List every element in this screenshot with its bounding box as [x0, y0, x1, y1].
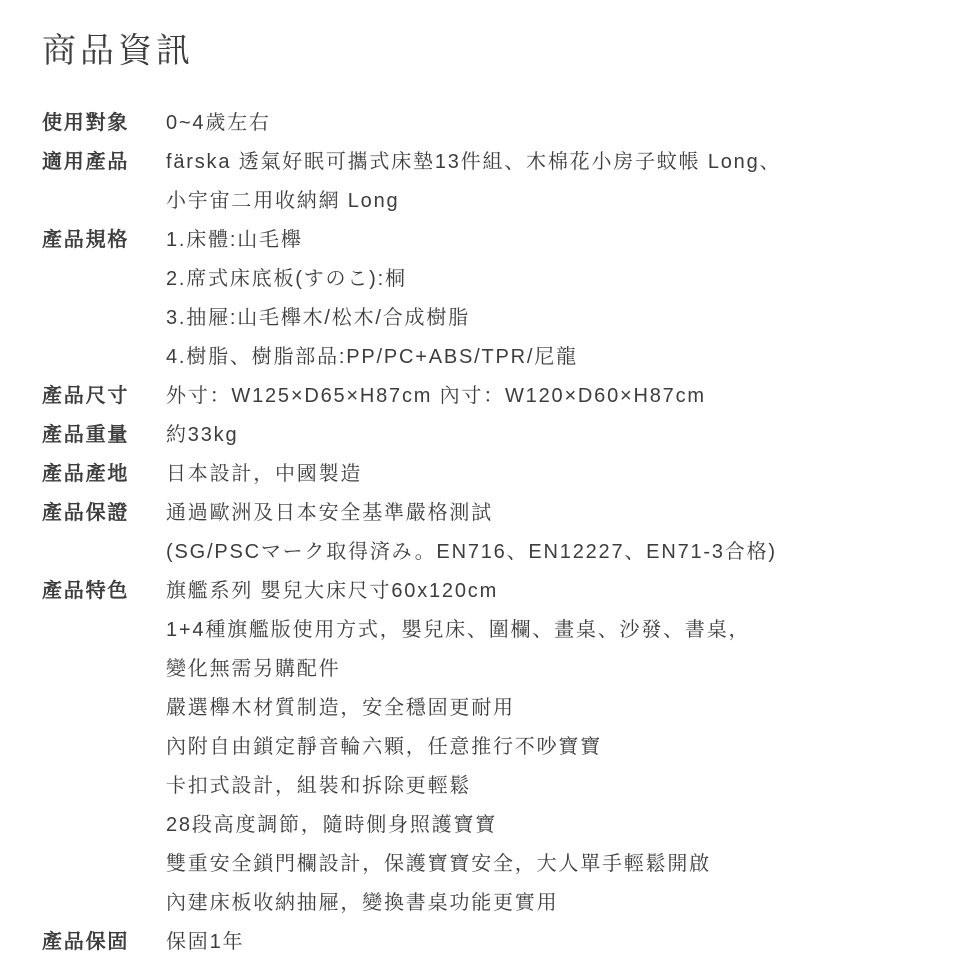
info-row-label: 產品保證 [42, 494, 166, 533]
info-value-line: 旗艦系列 嬰兒大床尺寸60x120cm [166, 572, 932, 611]
info-row-label: 產品規格 [42, 221, 166, 260]
info-row-values: 通過歐洲及日本安全基準嚴格測試(SG/PSCマーク取得済み。EN716、EN12… [166, 494, 932, 572]
info-value-line: 保固1年 [166, 923, 932, 960]
info-row-values: 約33kg [166, 416, 932, 455]
info-row-label: 產品保固 [42, 923, 166, 960]
info-value-line: 0~4歲左右 [166, 104, 932, 143]
info-row: 產品保證 通過歐洲及日本安全基準嚴格測試(SG/PSCマーク取得済み。EN716… [42, 494, 932, 572]
info-value-line: (SG/PSCマーク取得済み。EN716、EN12227、EN71-3合格) [166, 533, 932, 572]
info-row-values: 外寸：W125×D65×H87cm 內寸：W120×D60×H87cm [166, 377, 932, 416]
info-row: 產品保固 保固1年 [42, 923, 932, 960]
info-row-values: 0~4歲左右 [166, 104, 932, 143]
info-row-values: färska 透氣好眠可攜式床墊13件組、木棉花小房子蚊帳 Long、小宇宙二用… [166, 143, 932, 221]
info-value-line: 變化無需另購配件 [166, 650, 932, 689]
info-row-label: 產品特色 [42, 572, 166, 611]
info-value-line: 1.床體:山毛櫸 [166, 221, 932, 260]
info-value-line: 約33kg [166, 416, 932, 455]
info-value-line: 日本設計，中國製造 [166, 455, 932, 494]
info-row-label: 產品尺寸 [42, 377, 166, 416]
info-value-line: 內建床板收納抽屜，變換書桌功能更實用 [166, 884, 932, 923]
info-value-line: 1+4種旗艦版使用方式，嬰兒床、圍欄、畫桌、沙發、書桌， [166, 611, 932, 650]
info-row-values: 日本設計，中國製造 [166, 455, 932, 494]
info-value-line: 雙重安全鎖門欄設計，保護寶寶安全，大人單手輕鬆開啟 [166, 845, 932, 884]
info-value-line: 內附自由鎖定靜音輪六顆，任意推行不吵寶寶 [166, 728, 932, 767]
info-row: 產品尺寸 外寸：W125×D65×H87cm 內寸：W120×D60×H87cm [42, 377, 932, 416]
info-row-label: 產品產地 [42, 455, 166, 494]
info-row: 產品產地 日本設計，中國製造 [42, 455, 932, 494]
product-info-page: 商品資訊 使用對象 0~4歲左右 適用產品 färska 透氣好眠可攜式床墊13… [0, 0, 960, 960]
info-value-line: 3.抽屜:山毛櫸木/松木/合成樹脂 [166, 299, 932, 338]
info-row-values: 1.床體:山毛櫸2.席式床底板(すのこ):桐3.抽屜:山毛櫸木/松木/合成樹脂4… [166, 221, 932, 377]
info-value-line: 28段高度調節，隨時側身照護寶寶 [166, 806, 932, 845]
info-value-line: 2.席式床底板(すのこ):桐 [166, 260, 932, 299]
info-value-line: 4.樹脂、樹脂部品:PP/PC+ABS/TPR/尼龍 [166, 338, 932, 377]
info-row-label: 適用產品 [42, 143, 166, 182]
info-row-values: 旗艦系列 嬰兒大床尺寸60x120cm1+4種旗艦版使用方式，嬰兒床、圍欄、畫桌… [166, 572, 932, 923]
info-row-label: 產品重量 [42, 416, 166, 455]
info-row: 產品重量 約33kg [42, 416, 932, 455]
info-row: 適用產品 färska 透氣好眠可攜式床墊13件組、木棉花小房子蚊帳 Long、… [42, 143, 932, 221]
info-row: 產品特色 旗艦系列 嬰兒大床尺寸60x120cm1+4種旗艦版使用方式，嬰兒床、… [42, 572, 932, 923]
info-row: 產品規格 1.床體:山毛櫸2.席式床底板(すのこ):桐3.抽屜:山毛櫸木/松木/… [42, 221, 932, 377]
product-info-table: 使用對象 0~4歲左右 適用產品 färska 透氣好眠可攜式床墊13件組、木棉… [42, 104, 932, 960]
info-row: 使用對象 0~4歲左右 [42, 104, 932, 143]
info-value-line: 通過歐洲及日本安全基準嚴格測試 [166, 494, 932, 533]
info-value-line: 外寸：W125×D65×H87cm 內寸：W120×D60×H87cm [166, 377, 932, 416]
page-title: 商品資訊 [42, 28, 932, 74]
info-row-label: 使用對象 [42, 104, 166, 143]
info-value-line: 卡扣式設計，組裝和拆除更輕鬆 [166, 767, 932, 806]
info-value-line: 小宇宙二用收納網 Long [166, 182, 932, 221]
info-value-line: färska 透氣好眠可攜式床墊13件組、木棉花小房子蚊帳 Long、 [166, 143, 932, 182]
info-value-line: 嚴選櫸木材質制造，安全穩固更耐用 [166, 689, 932, 728]
info-row-values: 保固1年 [166, 923, 932, 960]
